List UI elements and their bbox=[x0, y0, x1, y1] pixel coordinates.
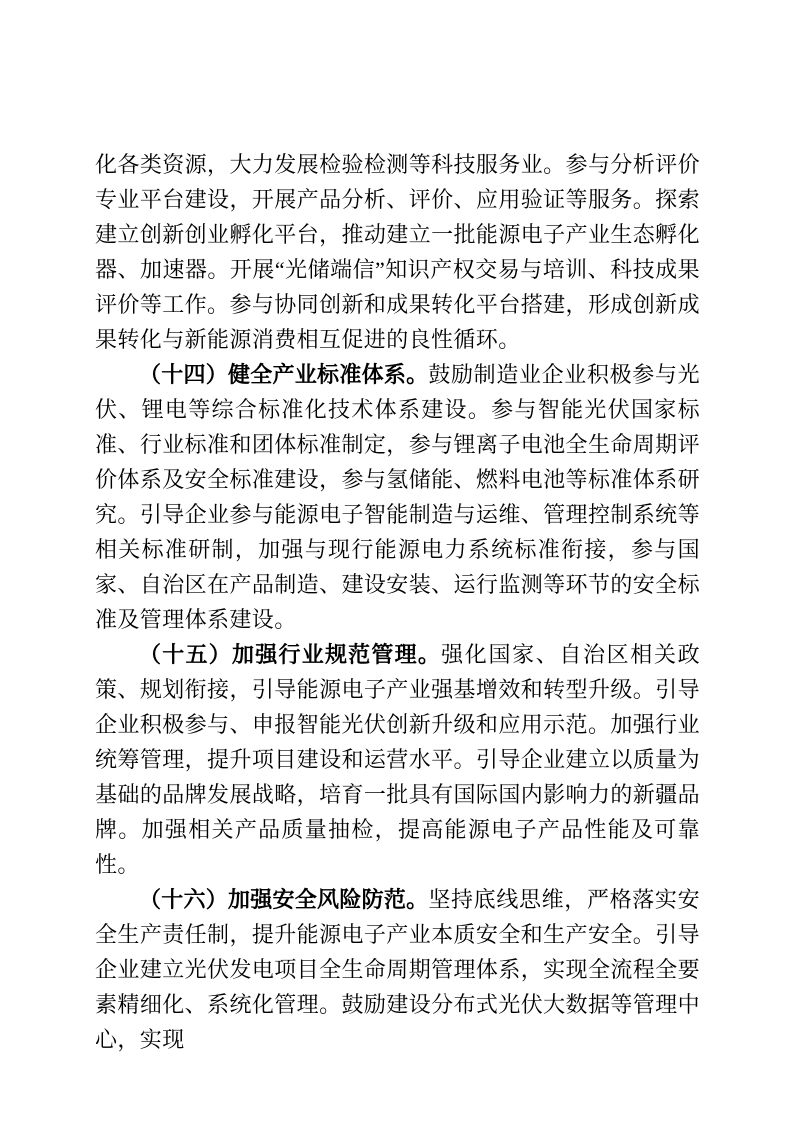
paragraph-item-14: （十四）健全产业标准体系。鼓励制造业企业积极参与光伏、锂电等综合标准化技术体系建… bbox=[95, 357, 700, 637]
paragraph-heading: （十六）加强安全风险防范。 bbox=[139, 887, 428, 912]
document-page: 化各类资源，大力发展检验检测等科技服务业。参与分析评价专业平台建设，开展产品分析… bbox=[0, 0, 793, 1122]
paragraph-text: 化各类资源，大力发展检验检测等科技服务业。参与分析评价专业平台建设，开展产品分析… bbox=[95, 152, 700, 352]
paragraph-item-16: （十六）加强安全风险防范。坚持底线思维，严格落实安全生产责任制，提升能源电子产业… bbox=[95, 882, 700, 1057]
paragraph-item-15: （十五）加强行业规范管理。强化国家、自治区相关政策、规划衔接，引导能源电子产业强… bbox=[95, 637, 700, 882]
paragraph-heading: （十四）健全产业标准体系。 bbox=[139, 362, 428, 387]
paragraph-text: 强化国家、自治区相关政策、规划衔接，引导能源电子产业强基增效和转型升级。引导企业… bbox=[95, 642, 700, 877]
paragraph-heading: （十五）加强行业规范管理。 bbox=[139, 642, 441, 667]
paragraph-text: 鼓励制造业企业积极参与光伏、锂电等综合标准化技术体系建设。参与智能光伏国家标准、… bbox=[95, 362, 700, 632]
paragraph-continuation: 化各类资源，大力发展检验检测等科技服务业。参与分析评价专业平台建设，开展产品分析… bbox=[95, 147, 700, 357]
